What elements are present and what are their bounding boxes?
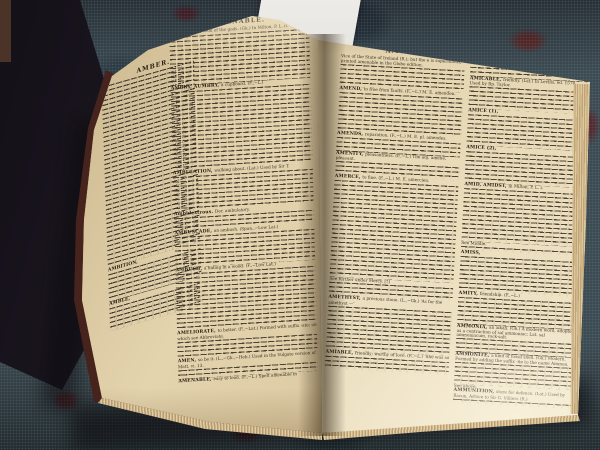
open-dictionary-book: 30 AMBER. AMBITION, AMBLE, AMENABLE. AMB… bbox=[0, 0, 600, 450]
photo-scene: 30 AMBER. AMBITION, AMBLE, AMENABLE. AMB… bbox=[0, 0, 600, 450]
page-number-31: 31 bbox=[578, 43, 590, 48]
right-fore-edge bbox=[571, 84, 590, 414]
gutter-shadow bbox=[298, 34, 346, 436]
running-head-ammunition: AMMUNITION. bbox=[472, 37, 578, 47]
right-page-header-row-2: AMMUNITION. 31 bbox=[472, 37, 590, 48]
entry-snippet: O. F. amiable, friendly. bbox=[471, 44, 519, 51]
